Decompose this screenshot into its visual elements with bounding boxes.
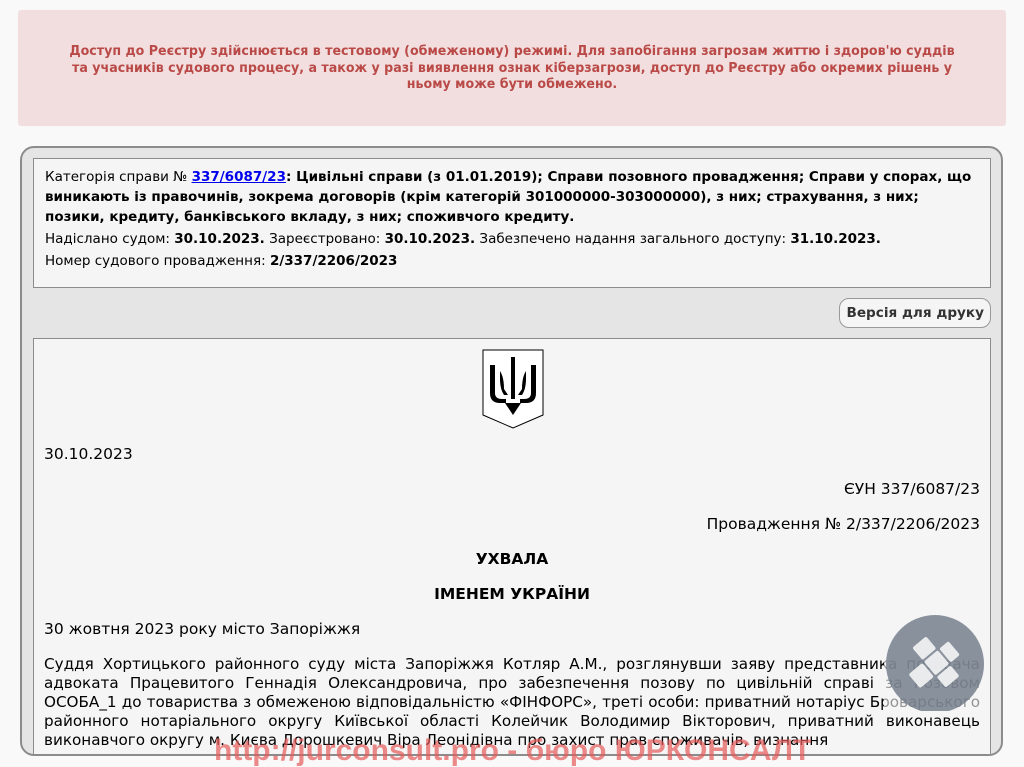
access-notice-text: Доступ до Реєстру здійснюється в тестово… [67, 43, 956, 93]
registered-label: Зареєстровано: [265, 231, 385, 247]
coat-of-arms-icon [482, 349, 544, 429]
registered-date: 30.10.2023. [385, 231, 476, 247]
proceeding-number-doc: Провадження № 2/337/2206/2023 [44, 515, 980, 533]
document-title: УХВАЛА [44, 550, 980, 568]
proceeding-number: 2/337/2206/2023 [270, 253, 398, 269]
document-subtitle: ІМЕНЕМ УКРАЇНИ [44, 585, 980, 603]
public-access-date: 31.10.2023. [790, 231, 881, 247]
document-date: 30.10.2023 [44, 445, 980, 463]
decision-document: 30.10.2023 ЄУН 337/6087/23 Провадження №… [33, 338, 991, 756]
sent-date: 30.10.2023. [174, 231, 265, 247]
public-access-label: Забезпечено надання загального доступу: [475, 231, 790, 247]
case-category: Категорія справи № 337/6087/23: Цивільні… [45, 167, 979, 227]
proceeding-number-row: Номер судового провадження: 2/337/2206/2… [45, 251, 979, 271]
sent-label: Надіслано судом: [45, 231, 174, 247]
case-dates: Надіслано судом: 30.10.2023. Зареєстрова… [45, 229, 979, 249]
place-and-date: 30 жовтня 2023 року місто Запоріжжя [44, 620, 980, 638]
watermark-text: http://jurconsult.pro - бюро ЮРКОНСАЛТ [214, 735, 814, 767]
eun-number: ЄУН 337/6087/23 [44, 480, 980, 498]
print-version-button[interactable]: Версія для друку [839, 298, 991, 328]
category-label: Категорія справи № [45, 169, 192, 185]
puzzle-logo-icon [884, 615, 986, 711]
decision-container: Категорія справи № 337/6087/23: Цивільні… [20, 146, 1003, 756]
case-number-link[interactable]: 337/6087/23 [192, 169, 286, 185]
case-info-panel: Категорія справи № 337/6087/23: Цивільні… [33, 158, 991, 288]
proceeding-label: Номер судового провадження: [45, 253, 270, 269]
access-notice-banner: Доступ до Реєстру здійснюється в тестово… [18, 10, 1006, 126]
